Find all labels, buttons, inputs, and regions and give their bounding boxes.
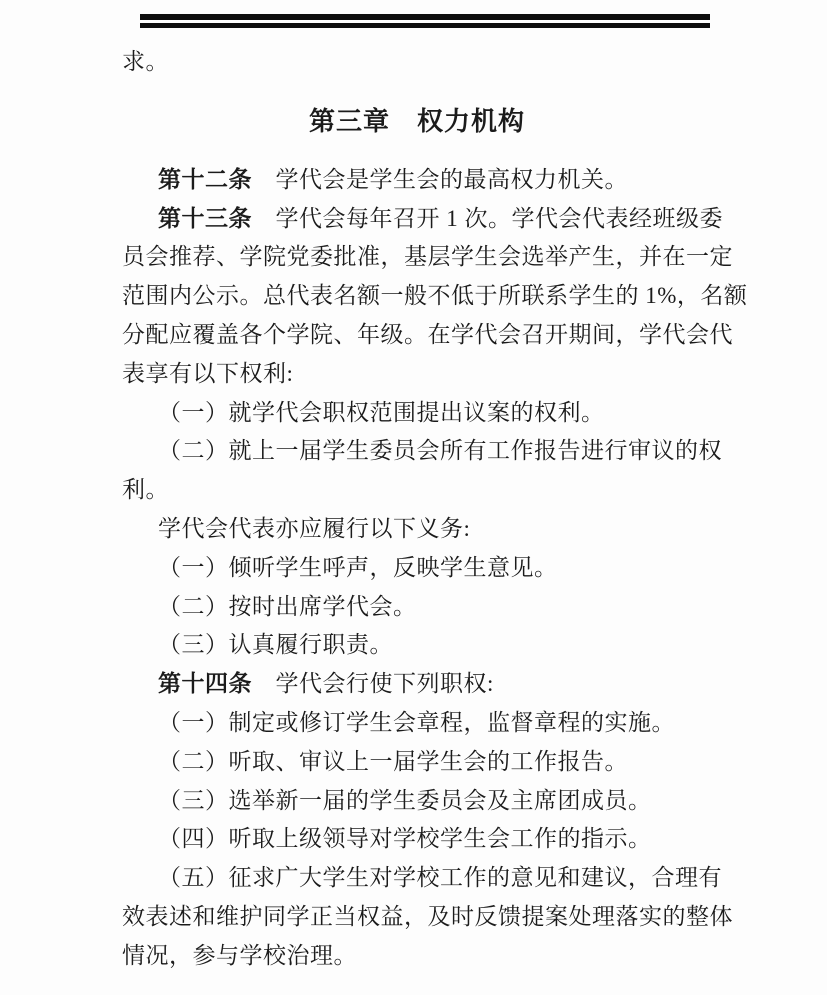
article-number: 第十二条: [158, 167, 252, 192]
line-text: 员会推荐、学院党委批准，基层学生会选举产生，并在一定: [122, 244, 733, 269]
line-text: 学代会行使下列职权:: [252, 671, 494, 696]
line-text: 利。: [122, 477, 169, 502]
line-text: 表享有以下权利:: [122, 361, 293, 386]
article-number: 第十四条: [158, 671, 252, 696]
text-line: （二）就上一届学生委员会所有工作报告进行审议的权: [122, 432, 712, 471]
line-text: 分配应覆盖各个学院、年级。在学代会召开期间，学代会代: [122, 322, 733, 347]
text-line: （五）征求广大学生对学校工作的意见和建议，合理有: [122, 859, 712, 898]
line-text: （三）认真履行职责。: [158, 632, 393, 657]
chapter-heading: 第三章 权力机构: [122, 82, 712, 161]
text-line: （一）就学代会职权范围提出议案的权利。: [122, 394, 712, 433]
text-line: 第十四条 学代会行使下列职权:: [122, 665, 712, 704]
text-line: 利。: [122, 471, 712, 510]
text-line: （三）认真履行职责。: [122, 626, 712, 665]
text-line: （二）按时出席学代会。: [122, 588, 712, 627]
line-text: 范围内公示。总代表名额一般不低于所联系学生的 1%，名额: [122, 283, 747, 308]
document-body: 求。第三章 权力机构第十二条 学代会是学生会的最高权力机关。第十三条 学代会每年…: [122, 43, 712, 976]
line-text: （二）听取、审议上一届学生会的工作报告。: [158, 749, 628, 774]
text-line: 求。: [122, 43, 712, 82]
line-text: 学代会每年召开 1 次。学代会代表经班级委: [252, 206, 723, 231]
text-line: （一）制定或修订学生会章程，监督章程的实施。: [122, 704, 712, 743]
line-text: （二）按时出席学代会。: [158, 594, 417, 619]
text-line: 效表述和维护同学正当权益，及时反馈提案处理落实的整体: [122, 898, 712, 937]
text-line: （四）听取上级领导对学校学生会工作的指示。: [122, 820, 712, 859]
line-text: 情况，参与学校治理。: [122, 943, 357, 968]
article-number: 第十三条: [158, 206, 252, 231]
line-text: （四）听取上级领导对学校学生会工作的指示。: [158, 826, 652, 851]
text-line: （三）选举新一届的学生委员会及主席团成员。: [122, 782, 712, 821]
line-text: （一）制定或修订学生会章程，监督章程的实施。: [158, 710, 675, 735]
line-text: （五）征求广大学生对学校工作的意见和建议，合理有: [158, 865, 722, 890]
line-text: 学代会代表亦应履行以下义务:: [158, 516, 470, 541]
line-text: 第三章 权力机构: [309, 107, 525, 136]
line-text: 求。: [122, 49, 169, 74]
text-line: 分配应覆盖各个学院、年级。在学代会召开期间，学代会代: [122, 316, 712, 355]
header-double-rule: [140, 14, 710, 28]
line-text: （一）就学代会职权范围提出议案的权利。: [158, 400, 605, 425]
text-line: （一）倾听学生呼声，反映学生意见。: [122, 549, 712, 588]
text-line: 员会推荐、学院党委批准，基层学生会选举产生，并在一定: [122, 238, 712, 277]
line-text: （三）选举新一届的学生委员会及主席团成员。: [158, 788, 652, 813]
line-text: 效表述和维护同学正当权益，及时反馈提案处理落实的整体: [122, 904, 733, 929]
text-line: 学代会代表亦应履行以下义务:: [122, 510, 712, 549]
text-line: 范围内公示。总代表名额一般不低于所联系学生的 1%，名额: [122, 277, 712, 316]
line-text: （一）倾听学生呼声，反映学生意见。: [158, 555, 558, 580]
line-text: 学代会是学生会的最高权力机关。: [252, 167, 628, 192]
text-line: 表享有以下权利:: [122, 355, 712, 394]
text-line: （二）听取、审议上一届学生会的工作报告。: [122, 743, 712, 782]
text-line: 第十二条 学代会是学生会的最高权力机关。: [122, 161, 712, 200]
document-page: 求。第三章 权力机构第十二条 学代会是学生会的最高权力机关。第十三条 学代会每年…: [0, 0, 827, 995]
text-line: 情况，参与学校治理。: [122, 937, 712, 976]
line-text: （二）就上一届学生委员会所有工作报告进行审议的权: [158, 438, 722, 463]
text-line: 第十三条 学代会每年召开 1 次。学代会代表经班级委: [122, 200, 712, 239]
